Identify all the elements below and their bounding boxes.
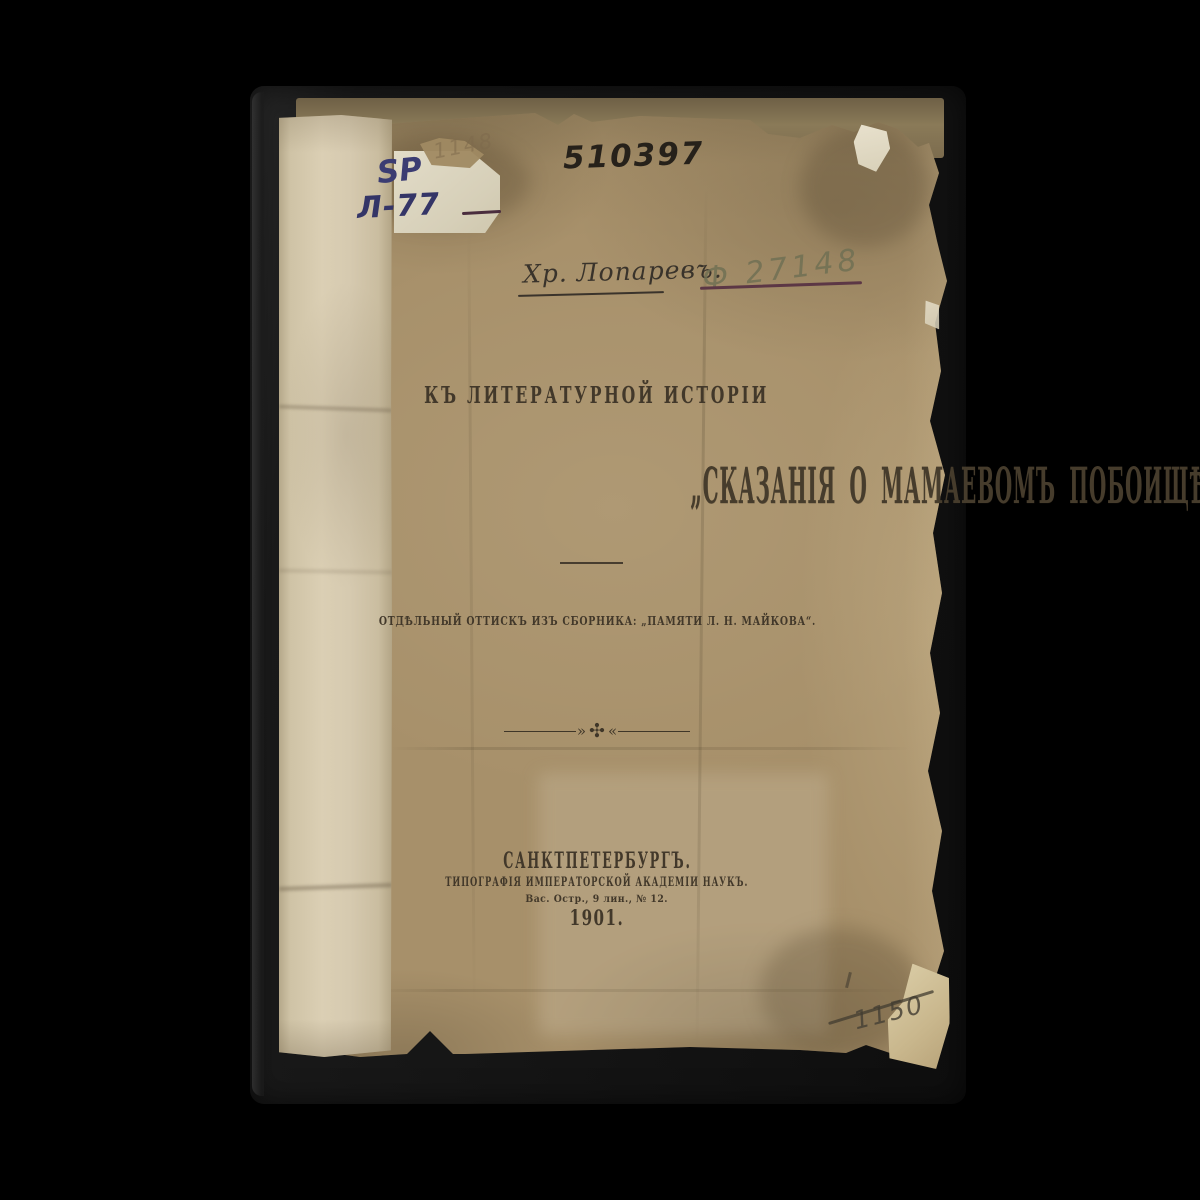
- ornament-arrow-right-icon: «: [607, 724, 618, 739]
- ornament-line-left: [504, 731, 576, 733]
- shelf-mark-line1: ЅР: [375, 151, 424, 192]
- book-board-edge: [252, 92, 264, 1096]
- call-number-handwritten: 510397: [562, 136, 705, 177]
- ornament-arrow-left-icon: »: [576, 724, 587, 739]
- imprint-printer: ТИПОГРАФІЯ ИМПЕРАТОРСКОЙ АКАДЕМІИ НАУКЪ.: [287, 876, 907, 889]
- ornament-center-icon: ✣: [587, 722, 607, 741]
- imprint-year: 1901.: [287, 907, 907, 928]
- main-title: „СКАЗАНІЯ О МАМАЕВОМЪ ПОБОИЩѢ“.: [287, 461, 907, 511]
- ornament-line-right: [618, 731, 690, 733]
- scanned-page: 1148 510397 ЅР Л-77 Хр. Лопаревъ. Ф 2714…: [0, 0, 1200, 1200]
- shelf-mark-line2: Л-77: [356, 187, 441, 226]
- cover-crease: [390, 747, 910, 750]
- subtitle: ОТДѢЛЬНЫЙ ОТТИСКЪ ИЗЪ СБОРНИКА: „ПАМЯТИ …: [287, 615, 907, 628]
- spine-crease: [279, 569, 392, 574]
- author-inscription: Хр. Лопаревъ.: [523, 254, 723, 288]
- imprint-address: Вас. Остр., 9 лин., № 12.: [287, 895, 907, 905]
- title-rule: [560, 562, 623, 564]
- series-title: КЪ ЛИТЕРАТУРНОЙ ИСТОРІИ: [287, 384, 907, 407]
- typographic-ornament: »✣«: [287, 722, 907, 741]
- imprint-city: САНКТПЕТЕРБУРГЪ.: [287, 850, 907, 872]
